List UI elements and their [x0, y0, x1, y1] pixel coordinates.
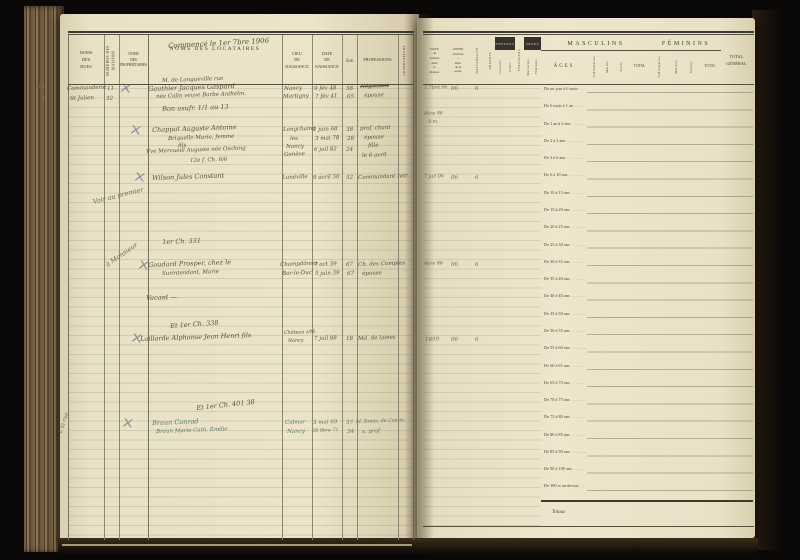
- book-cover-right: [752, 10, 782, 550]
- entry-mark: 6: [475, 262, 479, 268]
- header-age: ÂGE: [342, 37, 357, 84]
- entry-check-mark: X: [131, 331, 143, 346]
- age-value: 18: [346, 336, 353, 342]
- totals-row-label: Totaux: [552, 510, 565, 515]
- age-row: De 40 à 45 ans: [544, 293, 586, 298]
- age-row: De 75 à 80 ans: [544, 414, 586, 419]
- header-nationalite-label: NATIONALITÉ: [475, 47, 480, 74]
- header-annee-arrivee: ANNÉE d'arrivée — Date de la sortie: [446, 37, 470, 84]
- age-value: 28: [347, 136, 354, 142]
- profession: le 6 avril: [362, 152, 387, 159]
- right-table-bottom-rule: [423, 526, 754, 527]
- birthplace: les: [290, 136, 298, 142]
- profession: Négociant: [360, 83, 389, 90]
- entry-check-mark: X: [122, 416, 134, 431]
- entry-mark: 6: [475, 175, 479, 181]
- birthplace: Nancy: [288, 338, 304, 344]
- header-sexes-feminins-label: Féminins: [534, 59, 539, 74]
- header-filles-label: Filles: [508, 62, 513, 72]
- birthdate: 9 fév 48: [314, 85, 337, 92]
- age-row: De 100 et au-dessus: [544, 483, 586, 488]
- right-header-top-rule2: [423, 34, 754, 35]
- header-noms-rues: NOMS DES RUES: [68, 37, 104, 84]
- house-number: 11: [107, 86, 114, 92]
- birthdate: 6 juil 82: [314, 146, 337, 153]
- age-value: 67: [347, 271, 354, 277]
- age-row: De 20 à 25 ans: [544, 224, 586, 229]
- street-name: St Julien: [70, 95, 94, 102]
- age-value: 65: [347, 94, 354, 100]
- house-number: 32: [106, 96, 113, 102]
- birthdate: 5 juin 39: [315, 270, 340, 277]
- header-sexes-masculins-label: Masculins: [526, 59, 531, 76]
- birthplace: Nancy: [287, 428, 305, 435]
- profession: épouse: [362, 270, 382, 277]
- margin-number: 18: [38, 84, 45, 90]
- header-m-celibataires: Célibataires: [587, 50, 601, 84]
- header-etrangers-label: ÉTRANGERS: [517, 49, 522, 71]
- header-numeros-maisons-label: NUMÉROS DES MAISONS: [106, 37, 117, 84]
- age-row: De 6 à 10 ans: [544, 172, 586, 177]
- header-feminins: FÉMININS: [651, 37, 721, 50]
- age-row: De 15 à 20 ans: [544, 207, 586, 212]
- birthplace: Longchamp: [283, 126, 316, 133]
- header-sexes-feminins: Féminins: [532, 50, 541, 84]
- header-f-celibataires-label: Célibataires: [657, 56, 662, 77]
- birthdate: 1 juin 68: [313, 126, 338, 133]
- header-numeros-maisons: NUMÉROS DES MAISONS: [104, 37, 119, 84]
- entry-check-mark: X: [138, 258, 150, 273]
- header-absents: ABSENTS: [485, 37, 495, 84]
- birthdate: 7 juil 88: [314, 335, 337, 342]
- age-row: De 2 à 3 ans: [544, 138, 586, 143]
- header-m-veufs-label: Veufs: [619, 62, 624, 72]
- header-f-veuves-label: Veuves: [689, 61, 694, 73]
- age-value: 37: [346, 420, 353, 426]
- birthdate: 3 mai 78: [315, 135, 339, 142]
- age-value: 38: [346, 127, 353, 133]
- birthdate: 9 avril 50: [313, 174, 340, 181]
- age-row: De 55 à 60 ans: [544, 345, 586, 350]
- age-row: De 6 mois à 1 an: [544, 103, 586, 108]
- age-row: De 10 à 15 ans: [544, 190, 586, 195]
- header-f-mariees-label: Mariées: [674, 60, 679, 74]
- book-gutter-shadow: [404, 14, 434, 542]
- profession: s. prof.: [362, 428, 382, 435]
- age-value: 67: [346, 262, 353, 268]
- entry-year: 06: [451, 337, 458, 343]
- handwritten-note: Vacant —: [146, 293, 177, 302]
- header-m-maries: Mariés: [601, 50, 614, 84]
- age-row: De 50 à 55 ans: [544, 328, 586, 333]
- header-total-general: TOTAL GÉNÉRAL: [721, 37, 752, 84]
- header-m-total: TOTAL: [628, 50, 651, 84]
- age-value: 34: [347, 429, 354, 435]
- birthplace: Lunéville: [282, 174, 308, 181]
- header-lieu-naissance: LIEU DE NAISSANCE: [282, 37, 312, 84]
- entry-year: 06: [451, 175, 458, 181]
- birthplace: Colmar: [285, 419, 306, 426]
- age-row: De 80 à 85 ans: [544, 432, 586, 437]
- header-m-veufs: Veufs: [614, 50, 628, 84]
- entry-year: 06: [451, 86, 458, 92]
- entry-mark: 6: [475, 337, 479, 343]
- header-garcons: Garçons: [495, 50, 505, 84]
- birthplace: Nancy: [284, 85, 302, 92]
- entry-check-mark: X: [134, 170, 146, 185]
- header-sexes-masculins: Masculins: [524, 50, 532, 84]
- age-row: De 30 à 35 ans: [544, 259, 586, 264]
- entry-check-mark: X: [130, 123, 142, 138]
- age-value: 24: [346, 147, 353, 153]
- header-f-veuves: Veuves: [684, 50, 699, 84]
- left-header-top-rule2: [68, 34, 414, 35]
- handwritten-note: 1er Ch. 331: [162, 237, 201, 246]
- entry-year: 06: [451, 262, 458, 268]
- header-proprietaires: NOMS DES PROPRIÉTAIRES: [119, 37, 148, 84]
- entry-check-mark: X: [120, 81, 132, 96]
- header-sexes-band: SEXES: [524, 37, 541, 50]
- page-bottom-edge: [62, 544, 412, 546]
- profession: épouse: [364, 134, 384, 141]
- header-m-celibataires-label: Célibataires: [592, 56, 597, 77]
- entry-mark: 6: [475, 86, 479, 92]
- right-ledger-ruling: [423, 88, 541, 526]
- age-value: 52: [346, 175, 353, 181]
- age-row-ruling: [587, 92, 753, 502]
- header-ages: ÂGES: [541, 50, 587, 84]
- birthdate: 7 oct 39: [314, 261, 337, 268]
- margin-number: 8: [42, 96, 46, 102]
- birthplace: Martigny: [283, 93, 309, 100]
- header-f-celibataires: Célibataires: [651, 50, 668, 84]
- profession: épouse: [364, 92, 384, 99]
- age-row: De 60 à 65 ans: [544, 363, 586, 368]
- age-row: De 85 à 90 ans: [544, 449, 586, 454]
- header-absents-label: ABSENTS: [488, 52, 493, 70]
- age-row: De un jour à 6 mois: [544, 86, 586, 91]
- age-row: De 35 à 40 ans: [544, 276, 586, 281]
- header-filles: Filles: [505, 50, 515, 84]
- profession: prof. chant: [360, 125, 391, 132]
- birthplace: Bar-le-Duc: [282, 270, 312, 277]
- header-garcons-label: Garçons: [498, 60, 503, 74]
- age-row: De 45 à 50 ans: [544, 311, 586, 316]
- birthplace: Genève: [284, 151, 305, 158]
- left-header-top-rule: [68, 31, 414, 33]
- header-professions: PROFESSIONS: [357, 37, 398, 84]
- right-header-bottom-rule: [423, 84, 754, 85]
- totals-top-rule: [541, 500, 753, 502]
- age-row: De 25 à 30 ans: [544, 242, 586, 247]
- handwritten-entry: Braun Conrad: [152, 417, 199, 427]
- birthdate: 28 9bre 71: [312, 428, 339, 434]
- birthdate: 3 mai 69: [313, 419, 337, 426]
- age-value: 58: [346, 86, 353, 92]
- header-m-maries-label: Mariés: [605, 61, 610, 73]
- register-photo: NOMS DES RUES NUMÉROS DES MAISONS NOMS D…: [0, 0, 800, 560]
- age-row: De 65 à 70 ans: [544, 380, 586, 385]
- birthplace: Nancy: [286, 143, 304, 150]
- header-f-mariees: Mariées: [668, 50, 684, 84]
- header-date-naissance: DATE DE NAISSANCE: [312, 37, 342, 84]
- header-masculins: MASCULINS: [541, 37, 651, 50]
- header-f-total: TOTAL: [699, 50, 721, 84]
- header-enfants-band: ENFANTS: [495, 37, 515, 50]
- birthdate: 7 fév 41: [315, 93, 338, 100]
- age-row: De 3 à 6 ans: [544, 155, 586, 160]
- age-row: De 90 à 100 ans: [544, 466, 586, 471]
- age-row: De 70 à 75 ans: [544, 397, 586, 402]
- age-row: De 1 an à 2 ans: [544, 121, 586, 126]
- right-header-top-rule: [423, 31, 754, 33]
- header-nationalite: NATIONALITÉ: [470, 37, 485, 84]
- header-etrangers: ÉTRANGERS: [515, 37, 524, 84]
- profession: fille: [368, 143, 379, 149]
